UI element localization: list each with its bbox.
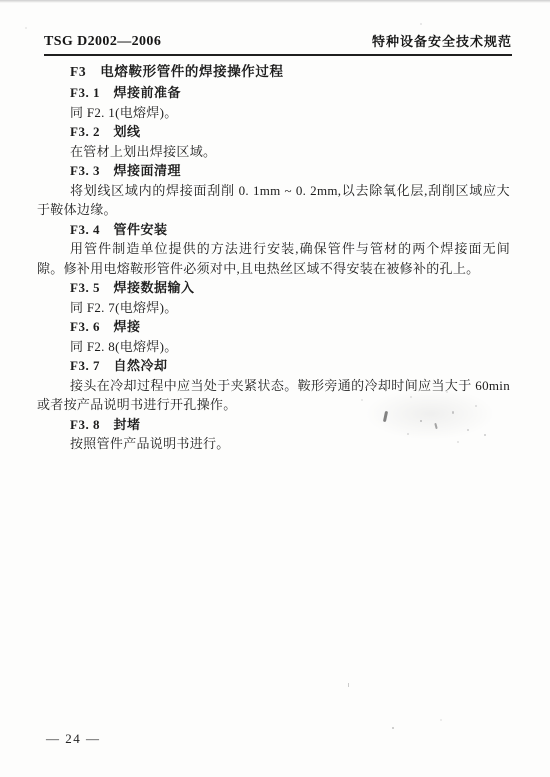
page-number: — 24 — <box>46 731 101 747</box>
clause-body: 将划线区域内的焊接面刮削 0. 1mm ~ 0. 2mm,以去除氧化层,刮削区域… <box>37 181 510 220</box>
document-body: F3 电熔鞍形管件的焊接操作过程 F3. 1 焊接前准备 同 F2. 1(电熔焊… <box>37 61 510 454</box>
scanned-document-page: TSG D2002—2006 特种设备安全技术规范 F3 电熔鞍形管件的焊接操作… <box>0 0 550 777</box>
clause-heading: F3. 1 焊接前准备 <box>37 83 510 103</box>
clause-heading: F3. 5 焊接数据输入 <box>37 278 510 298</box>
clause-body: 在管材上划出焊接区域。 <box>37 142 510 162</box>
clause-body: 同 F2. 7(电熔焊)。 <box>37 298 510 318</box>
scan-speckle <box>440 719 442 721</box>
clause-body: 接头在冷却过程中应当处于夹紧状态。鞍形旁通的冷却时间应当大于 60min 或者按… <box>37 376 510 415</box>
section-title: F3 电熔鞍形管件的焊接操作过程 <box>37 61 510 82</box>
scan-speckle <box>348 683 349 687</box>
doc-title: 特种设备安全技术规范 <box>372 31 512 50</box>
scan-speckle <box>420 23 422 25</box>
page-header: TSG D2002—2006 特种设备安全技术规范 <box>44 31 512 56</box>
clause-heading: F3. 6 焊接 <box>37 317 510 337</box>
scan-speckle <box>25 27 27 29</box>
scan-speckle <box>392 727 394 729</box>
clause-body: 用管件制造单位提供的方法进行安装,确保管件与管材的两个焊接面无间隙。修补用电熔鞍… <box>37 239 510 278</box>
clause-heading: F3. 7 自然冷却 <box>37 356 510 376</box>
clause-body: 同 F2. 8(电熔焊)。 <box>37 337 510 357</box>
clause-body: 按照管件产品说明书进行。 <box>37 434 510 454</box>
doc-code: TSG D2002—2006 <box>44 34 161 50</box>
clause-heading: F3. 3 焊接面清理 <box>37 161 510 181</box>
clause-heading: F3. 4 管件安装 <box>37 220 510 240</box>
clause-heading: F3. 2 划线 <box>37 122 510 142</box>
clause-body: 同 F2. 1(电熔焊)。 <box>37 103 510 123</box>
clause-heading: F3. 8 封堵 <box>37 415 510 435</box>
